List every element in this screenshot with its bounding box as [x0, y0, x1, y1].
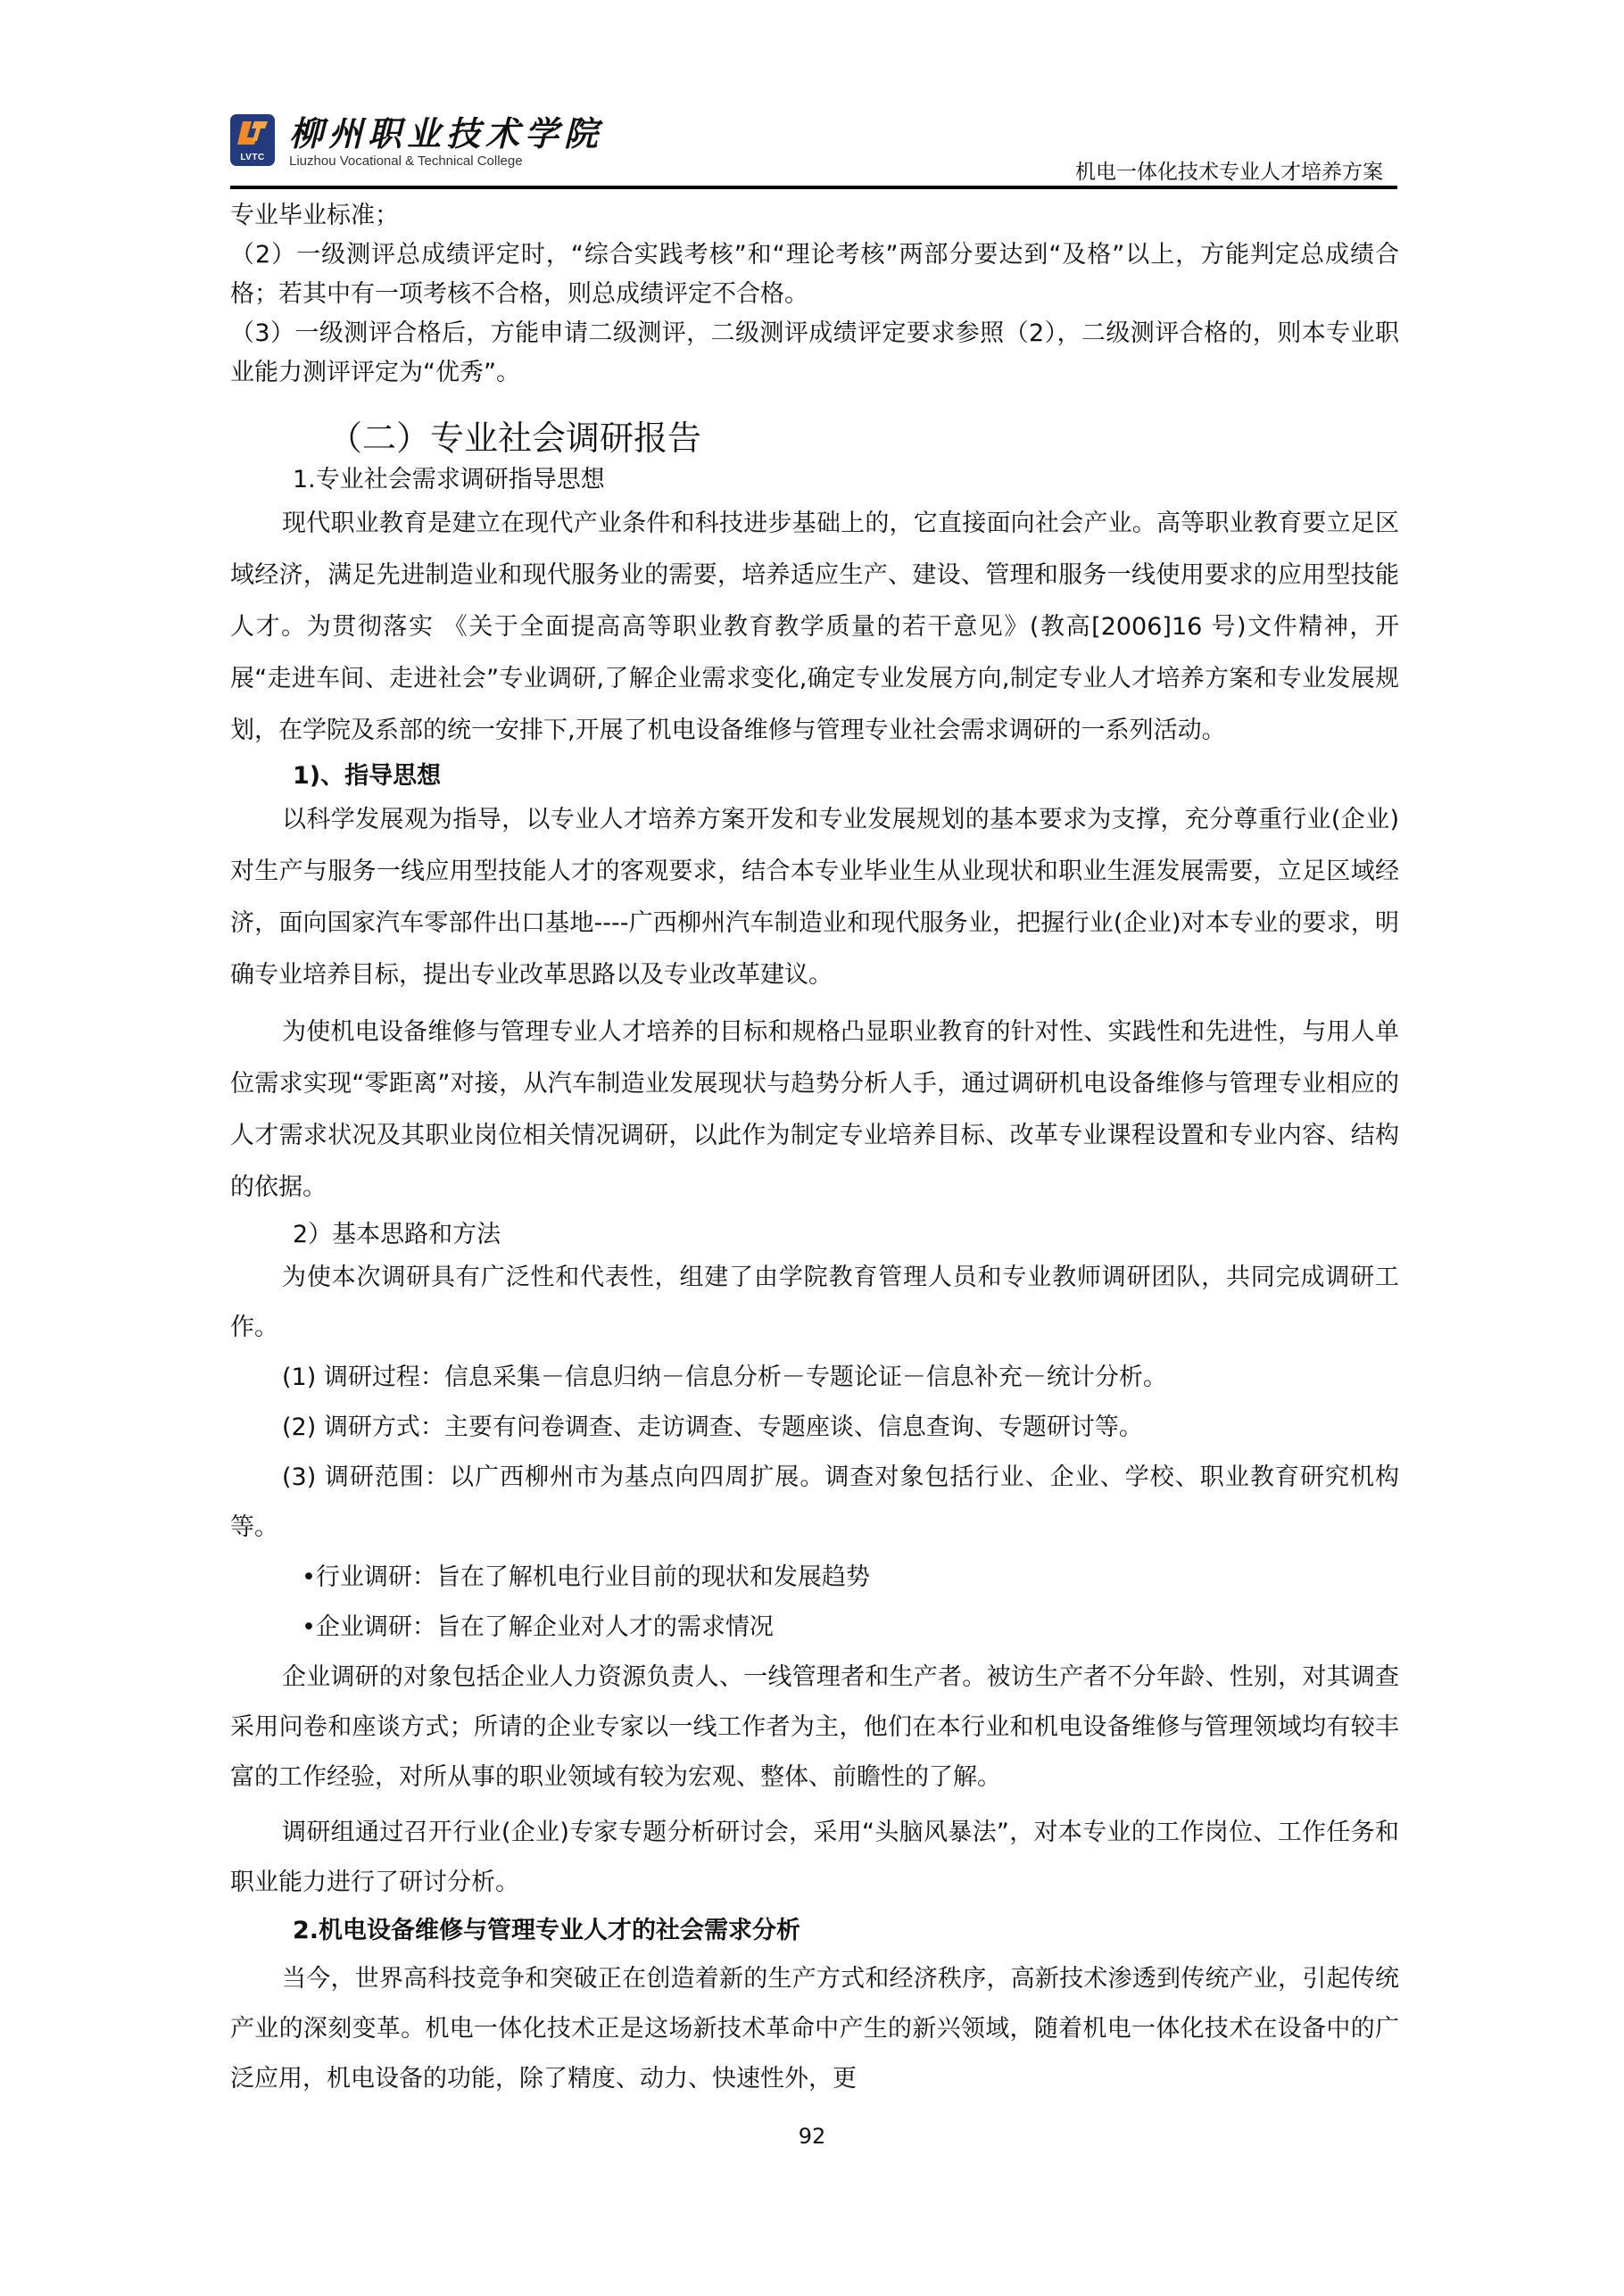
heading-basic-approach: 2）基本思路和方法 — [293, 1217, 1399, 1253]
college-logo: LVTC — [230, 114, 275, 166]
research-group-paragraph: 调研组通过召开行业(企业)专家专题分析研讨会，采用“头脑风暴法”，对本专业的工作… — [230, 1808, 1399, 1908]
subsection-1-title: 1.专业社会需求调研指导思想 — [293, 462, 1399, 498]
method-item-1: (1) 调研过程：信息采集－信息归纳－信息分析－专题论证－信息补充－统计分析。 — [230, 1353, 1399, 1403]
document-title: 机电一体化技术专业人才培养方案 — [1075, 155, 1383, 185]
section-title: （二）专业社会调研报告 — [328, 416, 1399, 460]
method-item-3: (3) 调研范围：以广西柳州市为基点向四周扩展。调查对象包括行业、企业、学校、职… — [230, 1453, 1399, 1553]
college-name-en: Liuzhou Vocational & Technical College — [289, 153, 523, 169]
subsection-1-paragraph: 现代职业教育是建立在现代产业条件和科技进步基础上的，它直接面向社会产业。高等职业… — [230, 498, 1399, 757]
basic-approach-paragraph: 为使本次调研具有广泛性和代表性，组建了由学院教育管理人员和专业教师调研团队，共同… — [230, 1253, 1399, 1353]
enterprise-paragraph: 企业调研的对象包括企业人力资源负责人、一线管理者和生产者。被访生产者不分年龄、性… — [230, 1653, 1399, 1803]
header-rule — [230, 186, 1397, 189]
college-name-cn: 柳州职业技术学院 — [289, 116, 603, 152]
bullet-enterprise-research: •企业调研：旨在了解企业对人才的需求情况 — [302, 1603, 1399, 1653]
logo-text: LVTC — [230, 153, 275, 162]
guiding-thought-paragraph-2: 为使机电设备维修与管理专业人才培养的目标和规格凸显职业教育的针对性、实践性和先进… — [230, 1007, 1399, 1214]
intro-line-1: 专业毕业标准； — [230, 196, 1399, 236]
document-page: LVTC 柳州职业技术学院 Liuzhou Vocational & Techn… — [0, 0, 1624, 2296]
bullet-industry-research: •行业调研：旨在了解机电行业目前的现状和发展趋势 — [302, 1553, 1399, 1603]
intro-line-2: （2）一级测评总成绩评定时，“综合实践考核”和“理论考核”两部分要达到“及格”以… — [230, 236, 1399, 314]
method-item-2: (2) 调研方式：主要有问卷调查、走访调查、专题座谈、信息查询、专题研讨等。 — [230, 1403, 1399, 1453]
page-header: LVTC 柳州职业技术学院 Liuzhou Vocational & Techn… — [230, 114, 1397, 189]
intro-line-3: （3）一级测评合格后，方能申请二级测评，二级测评成绩评定要求参照（2），二级测评… — [230, 314, 1399, 393]
guiding-thought-paragraph-1: 以科学发展观为指导，以专业人才培养方案开发和专业发展规划的基本要求为支撑，充分尊… — [230, 794, 1399, 1001]
heading-guiding-thought: 1)、指导思想 — [293, 758, 1399, 794]
subsection-2-paragraph: 当今，世界高科技竞争和突破正在创造着新的生产方式和经济秩序，高新技术渗透到传统产… — [230, 1954, 1399, 2104]
page-content: 专业毕业标准； （2）一级测评总成绩评定时，“综合实践考核”和“理论考核”两部分… — [230, 196, 1399, 2104]
page-number: 92 — [0, 2124, 1624, 2149]
subsection-2-title: 2.机电设备维修与管理专业人才的社会需求分析 — [293, 1908, 1399, 1954]
